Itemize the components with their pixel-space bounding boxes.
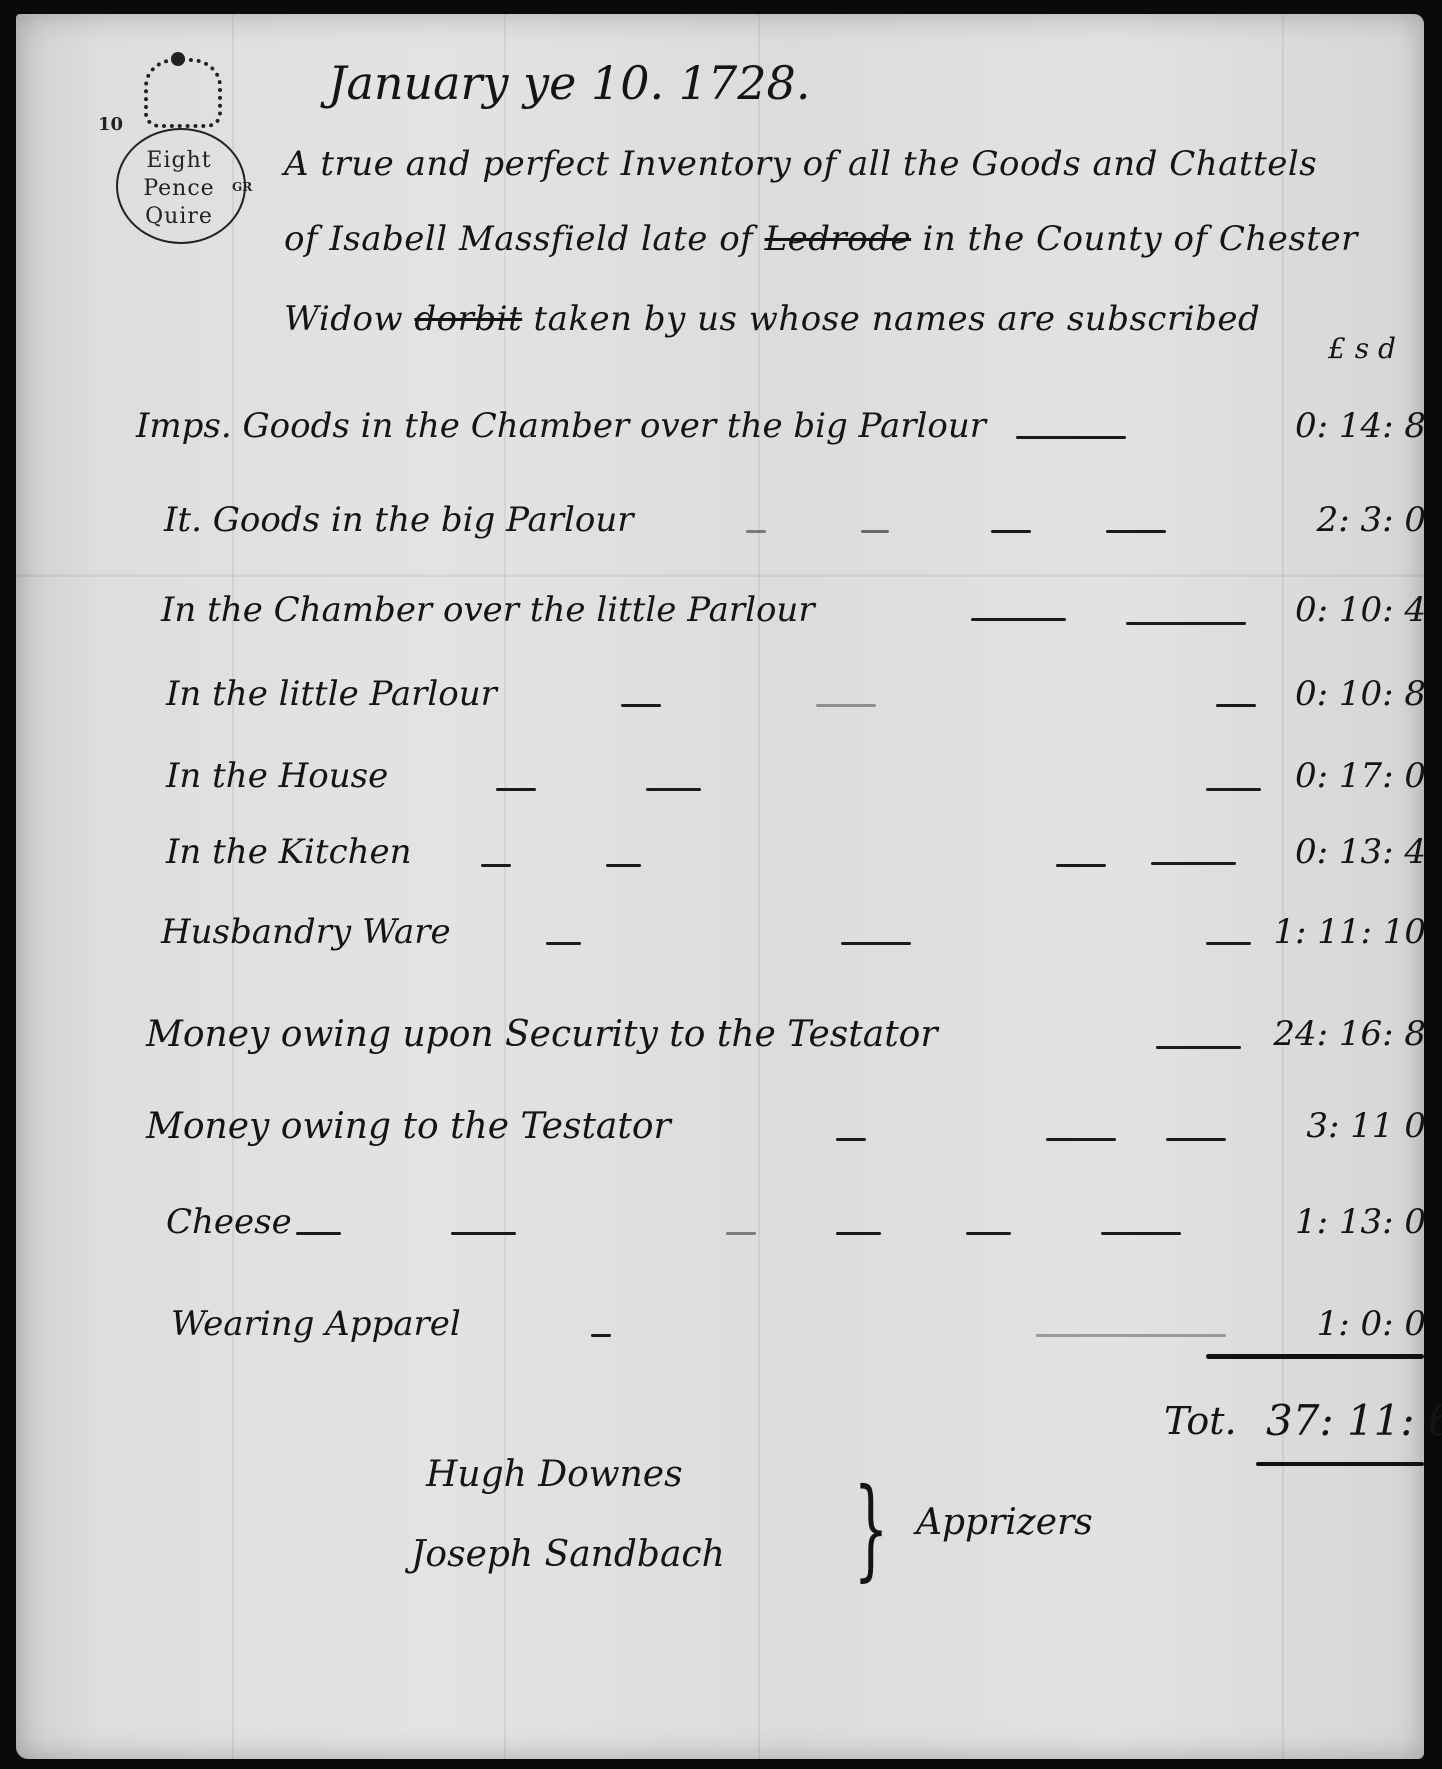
header-line-1: A true and perfect Inventory of all the … — [284, 144, 1317, 184]
item-label: Wearing Apparel — [171, 1304, 461, 1344]
item-label: It. Goods in the big Parlour — [164, 500, 633, 540]
manuscript-page: 10 Eight Pence Quire GR January ye 10. 1… — [16, 14, 1424, 1759]
header-text: in the County of Chester — [911, 219, 1358, 259]
item-label: Cheese — [166, 1202, 292, 1242]
item-amount: 0: 17: 0 — [1156, 756, 1426, 796]
currency-header: £ s d — [1328, 332, 1396, 365]
inventory-row: Imps. Goods in the Chamber over the big … — [16, 406, 1424, 466]
inventory-row: In the little Parlour 0: 10: 8 — [16, 674, 1424, 734]
struck-text: dorbit — [414, 299, 522, 339]
appraiser-signature-2: Joseph Sandbach — [411, 1534, 725, 1575]
item-label: Money owing upon Security to the Testato… — [146, 1014, 938, 1055]
stamp-text-quire: Quire — [98, 204, 260, 229]
item-label: In the Chamber over the little Parlour — [161, 590, 815, 630]
crown-icon — [144, 58, 222, 128]
appraisers-role: Apprizers — [916, 1502, 1093, 1543]
leader-dash — [966, 1232, 1011, 1235]
header-text: Widow — [284, 299, 414, 339]
item-amount: 1: 13: 0 — [1156, 1202, 1426, 1242]
item-label: In the House — [166, 756, 388, 796]
total-rule-bottom — [1256, 1462, 1424, 1466]
struck-text: Ledrode — [765, 219, 912, 259]
royal-cypher: GR — [232, 180, 252, 194]
leader-dash — [1056, 864, 1106, 867]
total-value: 37: 11: 6 — [1266, 1396, 1442, 1445]
leader-dash — [1046, 1138, 1116, 1141]
appraiser-signature-1: Hugh Downes — [426, 1454, 683, 1495]
item-amount: 2: 3: 0 — [1156, 500, 1426, 540]
inventory-row: In the Chamber over the little Parlour 0… — [16, 590, 1424, 650]
item-amount: 1: 0: 0 — [1156, 1304, 1426, 1344]
leader-dash — [621, 704, 661, 707]
inventory-row: In the Kitchen 0: 13: 4 — [16, 832, 1424, 892]
inventory-row: Money owing to the Testator 3: 11 0 — [16, 1106, 1424, 1166]
item-amount: 0: 14: 8 — [1156, 406, 1426, 446]
inventory-row: Husbandry Ware 1: 11: 10 — [16, 912, 1424, 972]
leader-dash — [836, 1232, 881, 1235]
inventory-row: In the House 0: 17: 0 — [16, 756, 1424, 816]
leader-dash — [726, 1232, 756, 1235]
item-amount: 0: 13: 4 — [1156, 832, 1426, 872]
leader-dash — [991, 530, 1031, 533]
document-date: January ye 10. 1728. — [328, 56, 810, 110]
inventory-row: It. Goods in the big Parlour 2: 3: 0 — [16, 500, 1424, 560]
inventory-row: Money owing upon Security to the Testato… — [16, 1014, 1424, 1074]
stamp-text-eight: Eight — [98, 148, 260, 173]
inventory-row: Cheese 1: 13: 0 — [16, 1202, 1424, 1262]
total-label: Tot. — [1164, 1399, 1237, 1443]
header-text: taken by us whose names are subscribed — [522, 299, 1260, 339]
leader-dash — [841, 942, 911, 945]
leader-dash — [296, 1232, 341, 1235]
leader-dash — [606, 864, 641, 867]
header-line-2: of Isabell Massfield late of Ledrode in … — [284, 219, 1358, 259]
item-label: Husbandry Ware — [161, 912, 451, 952]
stamp-number: 10 — [98, 114, 123, 135]
item-label: Imps. Goods in the Chamber over the big … — [136, 406, 986, 446]
leader-dash — [836, 1138, 866, 1141]
leader-dash — [496, 788, 536, 791]
leader-dash — [481, 864, 511, 867]
leader-dash — [861, 530, 889, 533]
item-amount: 0: 10: 4 — [1156, 590, 1426, 630]
item-amount: 1: 11: 10 — [1156, 912, 1426, 952]
total-rule-top — [1206, 1354, 1424, 1359]
item-amount: 3: 11 0 — [1156, 1106, 1426, 1146]
duty-stamp: 10 Eight Pence Quire GR — [98, 52, 258, 242]
leader-dash — [1016, 436, 1126, 439]
header-line-3: Widow dorbit taken by us whose names are… — [284, 299, 1260, 339]
item-amount: 24: 16: 8 — [1156, 1014, 1426, 1054]
leader-dash — [971, 618, 1066, 621]
leader-dash — [591, 1334, 611, 1337]
leader-dash — [546, 942, 581, 945]
item-label: Money owing to the Testator — [146, 1106, 671, 1147]
leader-dash — [746, 530, 766, 533]
item-label: In the little Parlour — [166, 674, 497, 714]
leader-dash — [451, 1232, 516, 1235]
leader-dash — [816, 704, 876, 707]
leader-dash — [646, 788, 701, 791]
item-label: In the Kitchen — [166, 832, 412, 872]
header-text: of Isabell Massfield late of — [284, 219, 765, 259]
paper-crease — [16, 574, 1424, 577]
brace-mark: } — [854, 1464, 889, 1592]
item-amount: 0: 10: 8 — [1156, 674, 1426, 714]
